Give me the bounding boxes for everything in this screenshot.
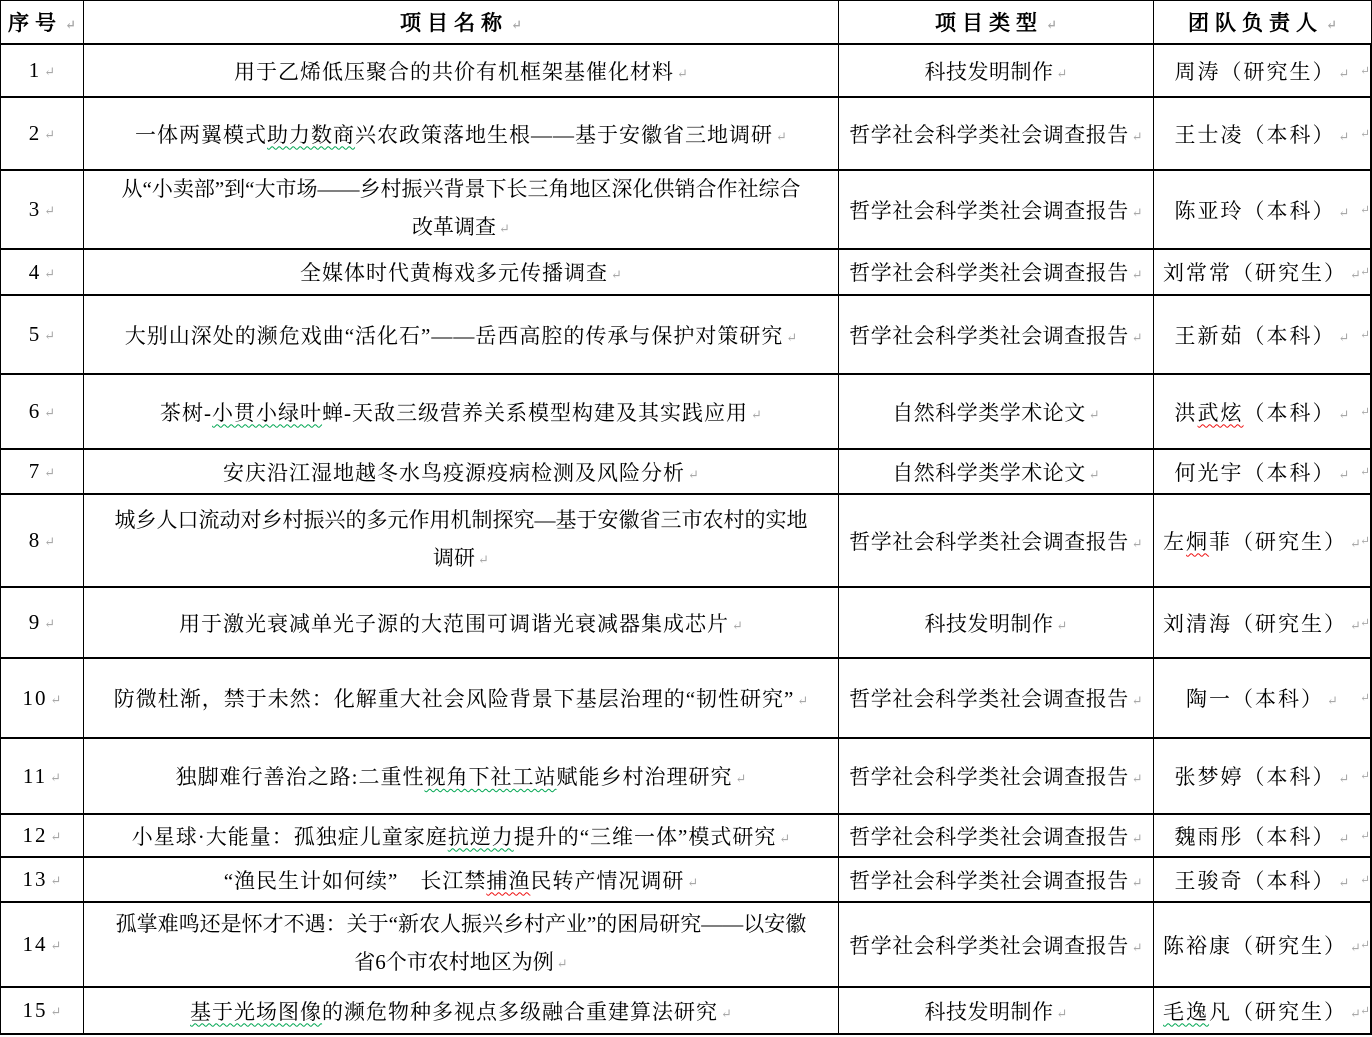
team-leader-cell: 刘清海（研究生）↵ [1154, 588, 1371, 657]
row-number-text: 1 [29, 58, 42, 82]
project-type-cell: 自然科学类学术论文↵ [839, 450, 1154, 493]
paragraph-mark: ↵ [1327, 693, 1338, 708]
paragraph-mark: ↵ [776, 129, 787, 144]
row-number-cell: 11↵ [1, 739, 84, 813]
table-row: 5↵大别山深处的濒危戏曲“活化石”——岳西高腔的传承与保护对策研究↵哲学社会科学… [1, 296, 1371, 375]
project-name-text: 防微杜渐，禁于未然：化解重大社会风险背景下基层治理的“韧性研究” [114, 687, 795, 711]
project-name-text: 的濒危物种多视点多级融合重建算法研究 [322, 1000, 718, 1024]
projects-table: 序号↵ 项目名称↵ 项目类型↵ 团队负责人↵ 1↵用于乙烯低压聚合的共价有机框架… [0, 0, 1372, 1035]
team-leader-cell: 王士凌（本科）↵ [1154, 98, 1371, 169]
project-name-text: 助力数商 [267, 123, 355, 147]
project-name-text: “渔民生计如何续” 长江禁 [224, 869, 487, 893]
project-type-cell: 自然科学类学术论文↵ [839, 375, 1154, 448]
team-leader-text: 陶一（本科） [1186, 687, 1324, 711]
team-leader-cell: 魏雨彤（本科）↵ [1154, 815, 1371, 856]
project-type-text: 哲学社会科学类社会调查报告 [849, 261, 1129, 285]
table-row: 11↵独脚难行善治之路:二重性视角下社工站赋能乡村治理研究↵哲学社会科学类社会调… [1, 739, 1371, 815]
team-leader-text: 王新茹（本科） [1175, 324, 1336, 348]
row-number-text: 7 [29, 459, 42, 483]
table-row: 9↵用于激光衰减单光子源的大范围可调谐光衰减器集成芯片↵科技发明制作↵刘清海（研… [1, 588, 1371, 659]
paragraph-mark: ↵ [51, 873, 62, 888]
team-leader-cell: 何光宇（本科）↵ [1154, 450, 1371, 493]
project-name-cell: 用于乙烯低压聚合的共价有机框架基催化材料↵ [84, 45, 839, 96]
paragraph-mark: ↵ [1339, 407, 1350, 422]
project-type-cell: 哲学社会科学类社会调查报告↵ [839, 659, 1154, 737]
team-leader-text: 烔 [1186, 530, 1209, 554]
project-name-cell: 孤掌难鸣还是怀才不遇：关于“新农人振兴乡村产业”的困局研究——以安徽省6个市农村… [84, 903, 839, 986]
table-row: 14↵孤掌难鸣还是怀才不遇：关于“新农人振兴乡村产业”的困局研究——以安徽省6个… [1, 903, 1371, 988]
team-leader-cell: 陶一（本科）↵ [1154, 659, 1371, 737]
team-leader-text: 张梦婷（本科） [1175, 765, 1336, 789]
project-name-cell: 基于光场图像的濒危物种多视点多级融合重建算法研究↵ [84, 988, 839, 1033]
team-leader-cell: 左烔菲（研究生）↵ [1154, 495, 1371, 586]
paragraph-mark: ↵ [1046, 17, 1057, 32]
project-name-text: 从“小卖部”到“大市场——乡村振兴背景下长三角地区深化供销合作社综合 [122, 177, 801, 201]
project-name-text: 一体两翼模式 [135, 123, 267, 147]
project-name-text: 蝉-天敌三级营养关系模型构建及其实践应用 [322, 401, 748, 425]
end-of-row-mark: ↵ [1360, 126, 1370, 141]
project-name-text: 用于激光衰减单光子源的大范围可调谐光衰减器集成芯片 [179, 612, 729, 636]
row-number-text: 14 [23, 932, 48, 956]
paragraph-mark: ↵ [478, 552, 489, 567]
paragraph-mark: ↵ [1339, 875, 1350, 890]
paragraph-mark: ↵ [611, 267, 622, 282]
project-type-cell: 科技发明制作↵ [839, 45, 1154, 96]
team-leader-cell: 王骏奇（本科）↵ [1154, 858, 1371, 901]
paragraph-mark: ↵ [44, 266, 55, 281]
project-type-cell: 哲学社会科学类社会调查报告↵ [839, 858, 1154, 901]
team-leader-text: （本科） [1244, 401, 1336, 425]
project-name-text: 赋能乡村治理研究 [556, 765, 732, 789]
paragraph-mark: ↵ [1339, 129, 1350, 144]
paragraph-mark: ↵ [44, 534, 55, 549]
column-header-leader: 团队负责人↵ [1154, 1, 1371, 43]
row-number-cell: 5↵ [1, 296, 84, 373]
row-number-text: 15 [23, 998, 48, 1022]
end-of-row-mark: ↵ [1360, 265, 1370, 280]
table-row: 4↵全媒体时代黄梅戏多元传播调查↵哲学社会科学类社会调查报告↵刘常常（研究生）↵… [1, 250, 1371, 296]
paragraph-mark: ↵ [51, 829, 62, 844]
project-type-text: 哲学社会科学类社会调查报告 [849, 869, 1129, 893]
project-type-text: 哲学社会科学类社会调查报告 [849, 765, 1129, 789]
paragraph-mark: ↵ [1057, 1006, 1068, 1021]
team-leader-text: 洪 [1175, 401, 1198, 425]
project-type-text: 哲学社会科学类社会调查报告 [849, 123, 1129, 147]
project-name-cell: 茶树-小贯小绿叶蝉-天敌三级营养关系模型构建及其实践应用↵ [84, 375, 839, 448]
team-leader-text: 陈裕康（研究生） [1163, 934, 1347, 958]
row-number-cell: 15↵ [1, 988, 84, 1033]
project-name-text: 视角下社工站 [424, 765, 556, 789]
team-leader-text: 周涛（研究生） [1175, 60, 1336, 84]
project-name-text: 小星球·大能量：孤独症儿童家庭 [132, 825, 448, 849]
project-name-text: 提升的“三维一体”模式研究 [514, 825, 777, 849]
row-number-cell: 3↵ [1, 171, 84, 248]
paragraph-mark: ↵ [688, 467, 699, 482]
project-name-text: 民转产情况调研 [530, 869, 684, 893]
team-leader-text: 毛逸 [1163, 1000, 1209, 1024]
project-name-text: 小贯小绿叶 [212, 401, 322, 425]
project-name-text: 用于乙烯低压聚合的共价有机框架基催化材料 [234, 60, 674, 84]
row-number-text: 8 [29, 528, 42, 552]
project-type-cell: 哲学社会科学类社会调查报告↵ [839, 739, 1154, 813]
team-leader-text: 刘清海（研究生） [1163, 612, 1347, 636]
paragraph-mark: ↵ [677, 66, 688, 81]
team-leader-text: 陈亚玲（本科） [1175, 199, 1336, 223]
team-leader-cell: 陈裕康（研究生）↵ [1154, 903, 1371, 986]
row-number-cell: 1↵ [1, 45, 84, 96]
paragraph-mark: ↵ [1339, 330, 1350, 345]
end-of-row-mark: ↵ [1360, 828, 1370, 843]
end-of-row-mark: ↵ [1360, 533, 1370, 548]
team-leader-cell: 洪武炫（本科）↵ [1154, 375, 1371, 448]
project-type-text: 哲学社会科学类社会调查报告 [849, 934, 1129, 958]
team-leader-text: 何光宇（本科） [1175, 461, 1336, 485]
paragraph-mark: ↵ [779, 831, 790, 846]
project-type-text: 哲学社会科学类社会调查报告 [849, 825, 1129, 849]
project-name-cell: 大别山深处的濒危戏曲“活化石”——岳西高腔的传承与保护对策研究↵ [84, 296, 839, 373]
team-leader-text: 左 [1163, 530, 1186, 554]
paragraph-mark: ↵ [751, 407, 762, 422]
paragraph-mark: ↵ [51, 1004, 62, 1019]
end-of-row-mark: ↵ [1360, 327, 1370, 342]
project-type-cell: 哲学社会科学类社会调查报告↵ [839, 171, 1154, 248]
team-leader-cell: 陈亚玲（本科）↵ [1154, 171, 1371, 248]
project-name-cell: 安庆沿江湿地越冬水鸟疫源疫病检测及风险分析↵ [84, 450, 839, 493]
paragraph-mark: ↵ [65, 17, 76, 32]
project-name-cell: 防微杜渐，禁于未然：化解重大社会风险背景下基层治理的“韧性研究”↵ [84, 659, 839, 737]
end-of-row-mark: ↵ [1360, 464, 1370, 479]
project-type-text: 自然科学类学术论文 [892, 461, 1086, 485]
row-number-cell: 7↵ [1, 450, 84, 493]
paragraph-mark: ↵ [499, 221, 510, 236]
row-number-cell: 10↵ [1, 659, 84, 737]
end-of-row-mark: ↵ [1360, 1003, 1370, 1018]
row-number-cell: 8↵ [1, 495, 84, 586]
end-of-row-mark: ↵ [1360, 769, 1370, 784]
project-name-cell: 一体两翼模式助力数商兴农政策落地生根——基于安徽省三地调研↵ [84, 98, 839, 169]
row-number-text: 5 [29, 322, 42, 346]
paragraph-mark: ↵ [721, 1006, 732, 1021]
project-name-text: 省6个市农村地区为例 [354, 950, 554, 974]
end-of-row-mark: ↵ [1360, 691, 1370, 706]
project-name-cell: “渔民生计如何续” 长江禁捕渔民转产情况调研↵ [84, 858, 839, 901]
paragraph-mark: ↵ [51, 692, 62, 707]
project-name-cell: 从“小卖部”到“大市场——乡村振兴背景下长三角地区深化供销合作社综合改革调查↵ [84, 171, 839, 248]
paragraph-mark: ↵ [1339, 467, 1350, 482]
paragraph-mark: ↵ [511, 17, 522, 32]
column-header-no: 序号↵ [1, 1, 84, 43]
paragraph-mark: ↵ [1089, 467, 1100, 482]
paragraph-mark: ↵ [44, 203, 55, 218]
paragraph-mark: ↵ [1132, 536, 1143, 551]
table-row: 1↵用于乙烯低压聚合的共价有机框架基催化材料↵科技发明制作↵周涛（研究生）↵↵ [1, 45, 1371, 98]
team-leader-cell: 刘常常（研究生）↵ [1154, 250, 1371, 294]
column-header-label: 项目名称 [400, 11, 508, 35]
team-leader-text: 凡（研究生） [1209, 1000, 1347, 1024]
end-of-row-mark: ↵ [1360, 615, 1370, 630]
project-type-text: 科技发明制作 [925, 1000, 1054, 1024]
row-number-cell: 6↵ [1, 375, 84, 448]
row-number-cell: 12↵ [1, 815, 84, 856]
column-header-label: 团队负责人 [1188, 11, 1323, 35]
paragraph-mark: ↵ [735, 771, 746, 786]
paragraph-mark: ↵ [44, 616, 55, 631]
project-type-text: 哲学社会科学类社会调查报告 [849, 687, 1129, 711]
row-number-cell: 13↵ [1, 858, 84, 901]
paragraph-mark: ↵ [1057, 66, 1068, 81]
paragraph-mark: ↵ [687, 875, 698, 890]
project-type-cell: 科技发明制作↵ [839, 588, 1154, 657]
team-leader-cell: 周涛（研究生）↵ [1154, 45, 1371, 96]
table-row: 6↵茶树-小贯小绿叶蝉-天敌三级营养关系模型构建及其实践应用↵自然科学类学术论文… [1, 375, 1371, 450]
paragraph-mark: ↵ [1132, 267, 1143, 282]
table-row: 8↵城乡人口流动对乡村振兴的多元作用机制探究—基于安徽省三市农村的实地调研↵哲学… [1, 495, 1371, 588]
project-type-text: 科技发明制作 [925, 612, 1054, 636]
paragraph-mark: ↵ [44, 127, 55, 142]
paragraph-mark: ↵ [50, 770, 61, 785]
project-name-text: 调研 [433, 546, 475, 570]
column-header-label: 项目类型 [935, 11, 1043, 35]
team-leader-cell: 毛逸凡（研究生）↵ [1154, 988, 1371, 1033]
project-name-text: 茶树- [160, 401, 212, 425]
table-row: 15↵基于光场图像的濒危物种多视点多级融合重建算法研究↵科技发明制作↵毛逸凡（研… [1, 988, 1371, 1033]
paragraph-mark: ↵ [557, 956, 568, 971]
project-name-cell: 用于激光衰减单光子源的大范围可调谐光衰减器集成芯片↵ [84, 588, 839, 657]
table-row: 13↵“渔民生计如何续” 长江禁捕渔民转产情况调研↵哲学社会科学类社会调查报告↵… [1, 858, 1371, 903]
column-header-type: 项目类型↵ [839, 1, 1154, 43]
project-type-text: 科技发明制作 [925, 60, 1054, 84]
paragraph-mark: ↵ [1132, 771, 1143, 786]
paragraph-mark: ↵ [1132, 205, 1143, 220]
table-row: 10↵防微杜渐，禁于未然：化解重大社会风险背景下基层治理的“韧性研究”↵哲学社会… [1, 659, 1371, 739]
row-number-text: 6 [29, 399, 42, 423]
paragraph-mark: ↵ [1057, 618, 1068, 633]
project-type-cell: 哲学社会科学类社会调查报告↵ [839, 495, 1154, 586]
project-name-text: 抗逆力 [448, 825, 514, 849]
table-row: 12↵小星球·大能量：孤独症儿童家庭抗逆力提升的“三维一体”模式研究↵哲学社会科… [1, 815, 1371, 858]
row-number-text: 3 [29, 197, 42, 221]
project-name-text: 城乡人口流动对乡村振兴的多元作用机制探究—基于安徽省三市农村的实地 [115, 508, 808, 532]
team-leader-text: 武炫 [1198, 401, 1244, 425]
team-leader-text: 王骏奇（本科） [1175, 869, 1336, 893]
end-of-row-mark: ↵ [1360, 202, 1370, 217]
paragraph-mark: ↵ [1339, 66, 1350, 81]
paragraph-mark: ↵ [732, 618, 743, 633]
paragraph-mark: ↵ [1132, 831, 1143, 846]
paragraph-mark: ↵ [1132, 875, 1143, 890]
row-number-cell: 2↵ [1, 98, 84, 169]
paragraph-mark: ↵ [44, 405, 55, 420]
paragraph-mark: ↵ [1132, 693, 1143, 708]
project-type-cell: 哲学社会科学类社会调查报告↵ [839, 815, 1154, 856]
table-row: 3↵从“小卖部”到“大市场——乡村振兴背景下长三角地区深化供销合作社综合改革调查… [1, 171, 1371, 250]
row-number-cell: 4↵ [1, 250, 84, 294]
paragraph-mark: ↵ [797, 693, 808, 708]
paragraph-mark: ↵ [1132, 330, 1143, 345]
paragraph-mark: ↵ [1339, 771, 1350, 786]
row-number-cell: 9↵ [1, 588, 84, 657]
project-name-text: 捕渔 [486, 869, 530, 893]
paragraph-mark: ↵ [44, 328, 55, 343]
project-name-text: 全媒体时代黄梅戏多元传播调查 [300, 261, 608, 285]
project-name-cell: 独脚难行善治之路:二重性视角下社工站赋能乡村治理研究↵ [84, 739, 839, 813]
project-name-cell: 小星球·大能量：孤独症儿童家庭抗逆力提升的“三维一体”模式研究↵ [84, 815, 839, 856]
team-leader-cell: 张梦婷（本科）↵ [1154, 739, 1371, 813]
paragraph-mark: ↵ [44, 64, 55, 79]
project-type-cell: 哲学社会科学类社会调查报告↵ [839, 250, 1154, 294]
row-number-text: 11 [23, 764, 47, 788]
paragraph-mark: ↵ [51, 938, 62, 953]
paragraph-mark: ↵ [1326, 17, 1337, 32]
team-leader-text: 刘常常（研究生） [1163, 261, 1347, 285]
row-number-text: 10 [23, 686, 48, 710]
paragraph-mark: ↵ [1339, 205, 1350, 220]
project-type-text: 哲学社会科学类社会调查报告 [849, 530, 1129, 554]
team-leader-text: 魏雨彤（本科） [1175, 825, 1336, 849]
paragraph-mark: ↵ [786, 330, 797, 345]
row-number-text: 4 [29, 260, 42, 284]
row-number-text: 13 [23, 867, 48, 891]
project-type-cell: 科技发明制作↵ [839, 988, 1154, 1033]
paragraph-mark: ↵ [1132, 940, 1143, 955]
project-name-text: 独脚难行善治之路:二重性 [176, 765, 425, 789]
paragraph-mark: ↵ [1339, 831, 1350, 846]
end-of-row-mark: ↵ [1360, 63, 1370, 78]
team-leader-cell: 王新茹（本科）↵ [1154, 296, 1371, 373]
end-of-row-mark: ↵ [1360, 937, 1370, 952]
project-name-text: 兴农政策落地生根——基于安徽省三地调研 [355, 123, 773, 147]
table-row: 7↵安庆沿江湿地越冬水鸟疫源疫病检测及风险分析↵自然科学类学术论文↵何光宇（本科… [1, 450, 1371, 495]
project-type-cell: 哲学社会科学类社会调查报告↵ [839, 296, 1154, 373]
project-type-text: 自然科学类学术论文 [892, 401, 1086, 425]
paragraph-mark: ↵ [1132, 129, 1143, 144]
team-leader-text: 菲（研究生） [1209, 530, 1347, 554]
end-of-row-mark: ↵ [1360, 872, 1370, 887]
row-number-text: 2 [29, 121, 42, 145]
table-header-row: 序号↵ 项目名称↵ 项目类型↵ 团队负责人↵ [1, 1, 1371, 45]
team-leader-text: 王士凌（本科） [1175, 123, 1336, 147]
row-number-text: 9 [29, 610, 42, 634]
project-name-cell: 全媒体时代黄梅戏多元传播调查↵ [84, 250, 839, 294]
column-header-label: 序号 [8, 11, 62, 35]
project-name-text: 大别山深处的濒危戏曲“活化石”——岳西高腔的传承与保护对策研究 [125, 324, 784, 348]
row-number-text: 12 [23, 823, 48, 847]
project-name-text: 改革调查 [412, 215, 496, 239]
column-header-name: 项目名称↵ [84, 1, 839, 43]
project-name-text: 安庆沿江湿地越冬水鸟疫源疫病检测及风险分析 [223, 461, 685, 485]
project-type-cell: 哲学社会科学类社会调查报告↵ [839, 98, 1154, 169]
table-row: 2↵一体两翼模式助力数商兴农政策落地生根——基于安徽省三地调研↵哲学社会科学类社… [1, 98, 1371, 171]
project-name-text: 孤掌难鸣还是怀才不遇：关于“新农人振兴乡村产业”的困局研究——以安徽 [116, 912, 807, 936]
project-type-text: 哲学社会科学类社会调查报告 [849, 199, 1129, 223]
paragraph-mark: ↵ [44, 465, 55, 480]
project-name-cell: 城乡人口流动对乡村振兴的多元作用机制探究—基于安徽省三市农村的实地调研↵ [84, 495, 839, 586]
paragraph-mark: ↵ [1089, 407, 1100, 422]
row-number-cell: 14↵ [1, 903, 84, 986]
end-of-row-mark: ↵ [1360, 404, 1370, 419]
project-type-text: 哲学社会科学类社会调查报告 [849, 324, 1129, 348]
project-name-text: 基于光场图像 [190, 1000, 322, 1024]
project-type-cell: 哲学社会科学类社会调查报告↵ [839, 903, 1154, 986]
